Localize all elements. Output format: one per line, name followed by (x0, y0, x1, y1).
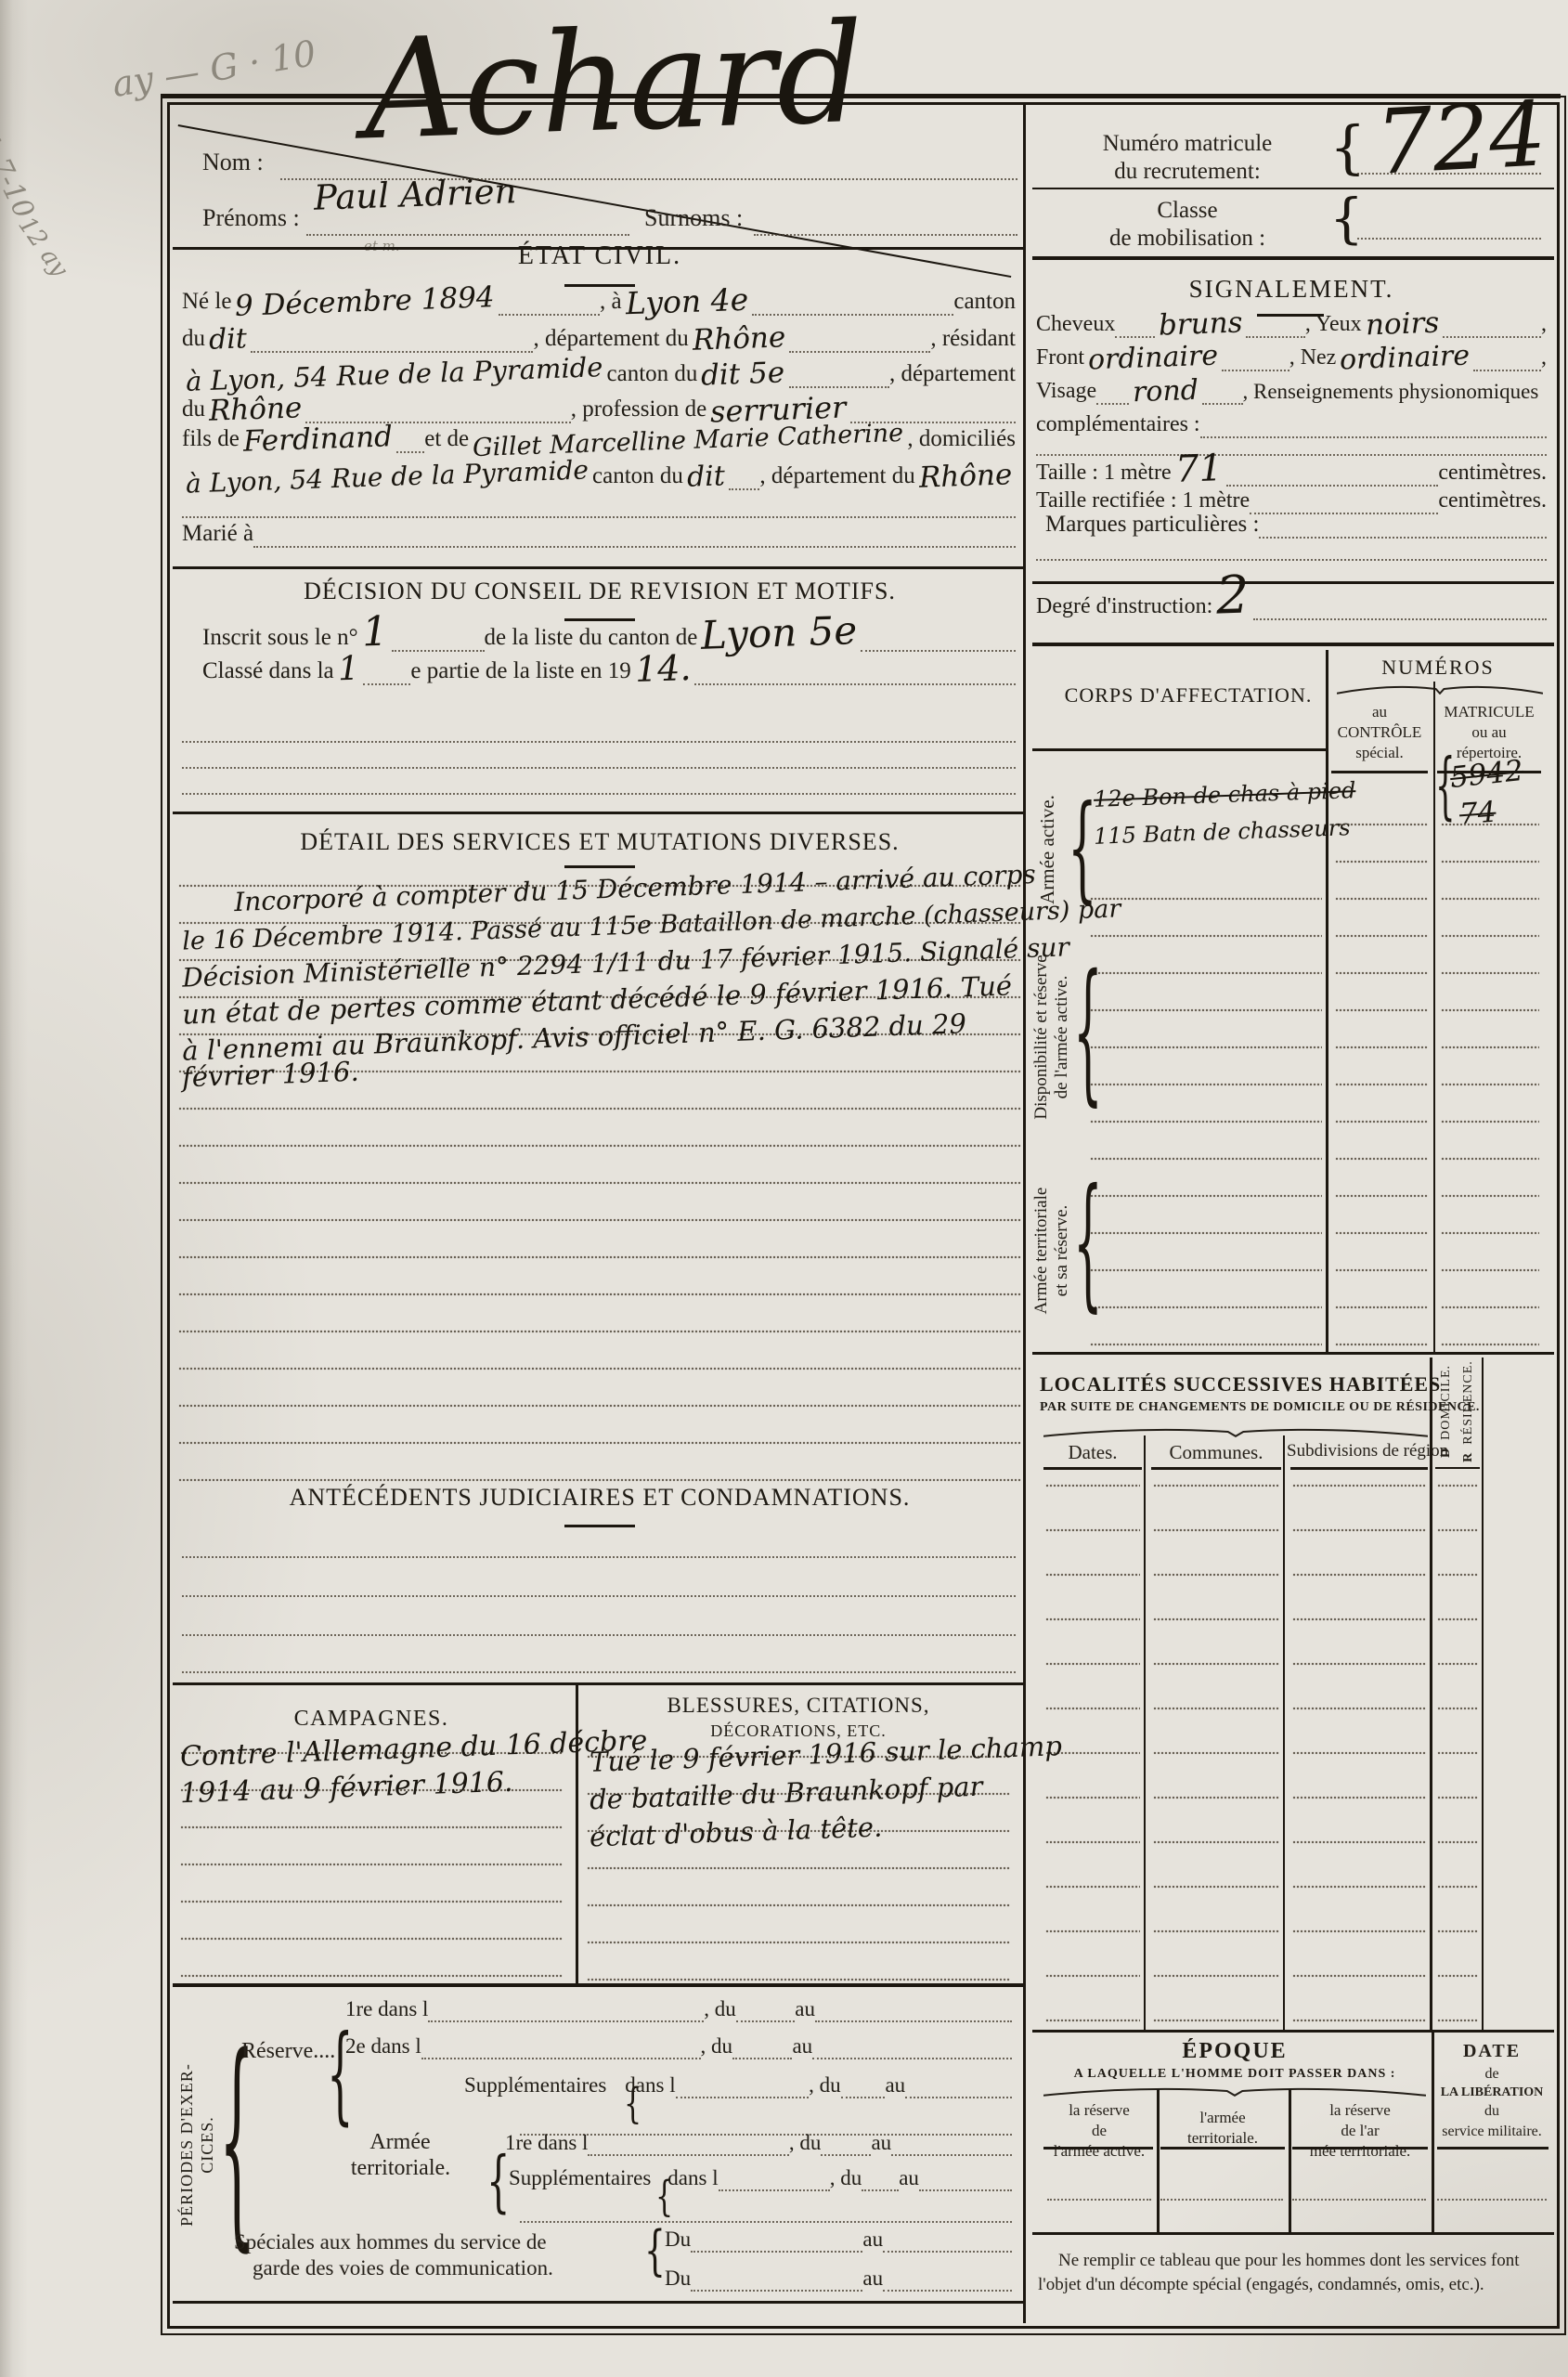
rule (1259, 537, 1547, 539)
epoque-col-2-header: l'armée territoriale. (1159, 2108, 1287, 2149)
epoque-col2-line1: l'armée (1159, 2108, 1287, 2128)
disponibilite-line-2: de l'armée active. (1052, 930, 1072, 1144)
table-divider (1283, 1435, 1285, 2030)
au-label: au (899, 2166, 919, 2191)
residence-side-label: R RÉSIDENCE. (1461, 1346, 1476, 1476)
corps-affectation-header: CORPS D'AFFECTATION. (1058, 683, 1318, 708)
territoriale-word: territoriale. (351, 2156, 450, 2180)
decision-row-2: Classé dans la 1 e partie de la liste en… (202, 654, 1016, 685)
pencil-note-margin: FA-7-10 (0, 111, 40, 224)
domicile-side-label: D DOMICILE. (1439, 1346, 1454, 1476)
d-initial: D (1439, 1448, 1454, 1458)
territoriale-line-2: et sa réserve. (1052, 1144, 1072, 1357)
premiere-dans-label: 1re dans l (505, 2131, 588, 2156)
du-label: du (182, 326, 205, 353)
canton-value-2: dit 5e (697, 359, 789, 390)
blessures-title-1: BLESSURES, CITATIONS, (585, 1694, 1012, 1718)
section-rule (173, 1682, 1023, 1685)
supplementaires-brace: { (624, 2085, 641, 2126)
canton-value-3: dit (682, 463, 729, 491)
armee-territoriale-label: Armée territoriale et sa réserve. (1031, 1144, 1072, 1357)
front-label: Front (1036, 345, 1084, 371)
numeros-over-brace (1337, 683, 1543, 695)
section-rule (1032, 643, 1554, 646)
rule (1036, 454, 1547, 456)
territoriale-brace: { (486, 2149, 510, 2215)
periodes-side-line-2: CICES. (198, 2033, 218, 2256)
rule (182, 1595, 1016, 1597)
reserve-period-row-1: 1re dans l , du au (345, 1994, 1012, 2022)
classe-dans-label: Classé dans la (202, 658, 334, 685)
epoque-note-line-2: l'objet d'un décompte spécial (engagés, … (1038, 2275, 1484, 2295)
matricule-label-line2: du recrutement: (1043, 158, 1331, 186)
rule (182, 793, 1016, 795)
nom-value: Achard (362, 8, 866, 156)
visage-label: Visage (1036, 379, 1096, 405)
premiere-dans-label: 1re dans l (345, 1997, 428, 2022)
birth-date-value: 9 Décembre 1894 (231, 284, 499, 320)
rule (736, 2020, 796, 2022)
signalement-title: SIGNALEMENT. (1032, 275, 1550, 304)
rule (821, 2154, 871, 2156)
rule (905, 2097, 1012, 2098)
au-label: au (862, 2228, 883, 2253)
reserve-period-row-2: 2e dans l , du au (345, 2032, 1012, 2059)
epoque-col-1-header: la réserve de l'armée active. (1043, 2100, 1155, 2162)
departement-label-3: , département du (759, 463, 914, 490)
reserve-supplementaires-row: Supplémentaires dans l , du au (464, 2071, 1012, 2098)
rule (1032, 188, 1554, 189)
du-label: , du (830, 2166, 862, 2191)
canton-value: dit (205, 326, 252, 354)
cheveux-label: Cheveux (1036, 312, 1115, 338)
du-label: , du (701, 2034, 733, 2059)
ruled-area (1335, 789, 1428, 1346)
classe-label-line1: Classe (1043, 197, 1331, 225)
antecedents-title: ANTÉCÉDENTS JUDICIAIRES ET CONDAMNATIONS… (176, 1484, 1023, 1512)
controle-line-3: spécial. (1331, 743, 1428, 763)
matricule-number-1: 5942 (1449, 758, 1525, 793)
header-rule (1331, 771, 1428, 773)
matricule-line-2: ou au (1437, 722, 1541, 743)
au-label: au (871, 2131, 891, 2156)
supplementaires-brace-2: { (655, 2177, 673, 2219)
rule (1437, 2199, 1547, 2201)
epoque-col2-line2: territoriale. (1159, 2128, 1287, 2149)
visage-value: rond (1129, 377, 1203, 406)
rule (363, 683, 411, 685)
date-line-3: LA LIBÉRATION (1435, 2085, 1549, 2102)
rule (729, 488, 760, 490)
header-rule (1032, 748, 1326, 751)
rule (752, 314, 954, 316)
cheveux-value: bruns (1154, 309, 1246, 340)
departement-label: , département du (533, 326, 688, 353)
dans-label: dans l (667, 2166, 718, 2191)
signalement-row-front: Front ordinaire , Nez ordinaire , (1036, 342, 1547, 371)
disponibilite-reserve-label: Disponibilité et réserve de l'armée acti… (1031, 930, 1072, 1144)
section-rule (173, 1983, 1023, 1987)
rule (789, 351, 930, 353)
au-label: au (792, 2034, 812, 2059)
corps-entry-row-2: 115 Batn de chasseurs (1090, 815, 1320, 843)
rule (891, 2154, 1012, 2156)
group-brace: { (1073, 955, 1103, 1109)
epoque-note-line-1: Ne remplir ce tableau que pour les homme… (1058, 2251, 1520, 2271)
father-name-value: Ferdinand (239, 423, 396, 456)
surnoms-label: Surnoms : (644, 204, 743, 232)
rule (732, 2058, 792, 2059)
et-de-label: et de (424, 426, 469, 453)
epoque-col1-line3: l'armée active. (1043, 2141, 1155, 2162)
rule (421, 2058, 701, 2059)
title-underline (564, 865, 635, 868)
supplementaires-label: Supplémentaires (509, 2166, 651, 2191)
epoque-col3-line3: mée territoriale. (1290, 2141, 1430, 2162)
rule (919, 2189, 1012, 2191)
etat-civil-title: ÉTAT CIVIL. (176, 241, 1023, 271)
header-rule (1290, 1467, 1428, 1470)
a-label: , à (600, 289, 622, 316)
subdivisions-column-header: Subdivisions de région (1287, 1441, 1428, 1461)
table-divider (1144, 1435, 1146, 2030)
table-divider (1157, 2089, 1160, 2234)
localites-subtitle: PAR SUITE DE CHANGEMENTS DE DOMICILE OU … (1040, 1400, 1439, 1415)
speciales-brace: { (644, 2226, 666, 2280)
date-line-2: de (1435, 2064, 1549, 2085)
header-rule (1043, 2147, 1153, 2150)
marie-a-label: Marié à (182, 521, 253, 548)
rule (182, 1671, 1016, 1673)
table-divider (1289, 2089, 1291, 2234)
rule (676, 2097, 810, 2098)
rule (253, 546, 1016, 548)
degre-instruction-row: Degré d'instruction: 2 (1036, 585, 1547, 620)
rule (182, 767, 1016, 769)
classe-label: Classe de mobilisation : (1043, 197, 1331, 253)
supplementaires-label: Supplémentaires (464, 2073, 606, 2098)
section-rule (1032, 2030, 1554, 2033)
r-initial: R (1461, 1452, 1476, 1462)
territoriale-group-label: territoriale. (319, 2156, 482, 2181)
rule (499, 314, 600, 316)
departement-value-2: Rhône (205, 395, 306, 425)
ruled-area (1437, 1484, 1478, 2028)
partie-liste-label: e partie de la liste en 19 (410, 658, 630, 685)
rule (1096, 403, 1129, 405)
decision-title: DÉCISION DU CONSEIL DE REVISION ET MOTIF… (176, 578, 1023, 605)
section-rule (173, 566, 1023, 569)
rule (841, 2097, 886, 2098)
armee-active-label: Armée active. (1033, 775, 1061, 924)
rule (588, 2154, 788, 2156)
rule (812, 2058, 1012, 2059)
signalement-row-complementaires: complémentaires : (1036, 409, 1547, 438)
decision-row-1: Inscrit sous le n° 1 de la liste du cant… (202, 620, 1016, 652)
matricule-line-1: MATRICULE (1437, 702, 1541, 722)
departement-label-2: , département (889, 361, 1016, 388)
rule (1222, 370, 1289, 371)
epoque-subtitle: A LAQUELLE L'HOMME DOIT PASSER DANS : (1043, 2067, 1426, 2082)
du-label: , du (809, 2073, 841, 2098)
periodes-side-line-1: PÉRIODES D'EXER- (177, 2033, 198, 2256)
epoque-col1-line1: la réserve (1043, 2100, 1155, 2121)
du-label: , du (704, 1997, 736, 2022)
front-value: ordinaire (1084, 343, 1223, 374)
taille-value: 71 (1171, 450, 1226, 487)
speciales-label-line-2: garde des voies de communication. (253, 2256, 553, 2280)
yeux-label: , Yeux (1305, 312, 1362, 338)
header-rule (1435, 1467, 1480, 1469)
rule (1473, 370, 1541, 371)
column-divider (1023, 102, 1026, 2323)
ruled-area (1090, 864, 1322, 1346)
corps-entry-row-1: 12e Bon de chas à pied (1090, 778, 1320, 806)
header-rule (1043, 1467, 1142, 1470)
au-label: au (862, 2267, 883, 2292)
rule (520, 2221, 1012, 2223)
complementaires-label: complémentaires : (1036, 412, 1200, 438)
header-rule (1160, 2147, 1285, 2150)
signalement-row-visage: Visage rond , Renseignements physionomiq… (1036, 375, 1547, 405)
rule (862, 2189, 899, 2191)
rule (1115, 336, 1154, 338)
degre-instruction-value: 2 (1212, 570, 1253, 621)
date-line-1: DATE (1435, 2039, 1549, 2064)
epoque-col1-line2: de (1043, 2121, 1155, 2141)
inscrit-numero-value: 1 (357, 613, 392, 653)
ruled-area (1153, 1484, 1279, 2028)
fils-de-label: fils de (182, 426, 240, 453)
campagnes-title: CAMPAGNES. (186, 1707, 557, 1732)
territoriale-period-row-1: 1re dans l , du au (505, 2128, 1012, 2156)
du-label-2: du (182, 396, 205, 423)
signalement-row-cheveux: Cheveux bruns , Yeux noirs , (1036, 308, 1547, 338)
du-label: , du (789, 2131, 822, 2156)
rule (1246, 336, 1305, 338)
section-rule (1032, 256, 1554, 260)
au-label: au (795, 1997, 815, 2022)
centimetres-label: centimètres. (1438, 461, 1547, 487)
liberation-date-header: DATE de LA LIBÉRATION du service militai… (1435, 2039, 1549, 2142)
epoque-col3-line1: la réserve (1290, 2100, 1430, 2121)
au-label: au (885, 2073, 905, 2098)
etat-civil-row-1: Né le 9 Décembre 1894 , à Lyon 4e canton (182, 286, 1016, 316)
canton-liste-value: Lyon 5e (697, 612, 862, 655)
taille-label: Taille : 1 mètre (1036, 461, 1172, 487)
signalement-row-taille: Taille : 1 mètre 71 centimètres. (1036, 457, 1547, 487)
rule (1160, 2199, 1283, 2201)
etat-civil-row-marie: Marié à (182, 518, 1016, 548)
nez-value: ordinaire (1336, 343, 1474, 374)
rule (691, 2251, 862, 2253)
table-divider (1326, 650, 1328, 1352)
territoriale-line-1: Armée territoriale (1031, 1144, 1052, 1357)
rule (428, 2020, 704, 2022)
services-title: DÉTAIL DES SERVICES ET MUTATIONS DIVERSE… (176, 828, 1023, 856)
matricule-value: 724 (1374, 92, 1549, 186)
pencil-note-margin-2: 12 ay (12, 212, 73, 282)
garde-voies-row-2: Du au (665, 2264, 1012, 2292)
header-rule (1151, 1467, 1281, 1470)
epoque-title: ÉPOQUE (1043, 2039, 1426, 2064)
etat-civil-row-3: à Lyon, 54 Rue de la Pyramide canton du … (182, 358, 1016, 388)
rule (754, 234, 1017, 236)
controle-line-2: CONTRÔLE (1331, 722, 1428, 743)
matricule-label: Numéro matricule du recrutement: (1043, 130, 1331, 186)
numeros-header: NUMÉROS (1331, 656, 1545, 680)
rule (392, 650, 485, 652)
du-label: Du (665, 2267, 691, 2292)
group-brace: { (1073, 1171, 1103, 1315)
rule (182, 741, 1016, 743)
residant-label: , résidant (930, 326, 1016, 353)
rule (1292, 2199, 1426, 2201)
deuxieme-dans-label: 2e dans l (345, 2034, 421, 2059)
date-line-5: service militaire. (1435, 2122, 1549, 2142)
table-divider (1482, 1357, 1484, 2030)
rule (883, 2290, 1012, 2292)
header-rule (1437, 2147, 1549, 2150)
table-divider (1430, 1357, 1432, 2030)
territoriale-supplementaires-row: Supplémentaires dans l , du au (509, 2163, 1012, 2191)
rule (1202, 403, 1243, 405)
ruled-area (1441, 789, 1539, 1346)
section-rule (173, 812, 1023, 814)
birth-place-value: Lyon 4e (621, 284, 752, 318)
rule (251, 351, 534, 353)
ruled-area (1292, 1484, 1426, 2028)
header-rule (1292, 2147, 1428, 2150)
rule (883, 2251, 1012, 2253)
canton-du-label: canton du (607, 361, 698, 388)
rule (182, 1556, 1016, 1558)
rule (396, 451, 424, 453)
disponibilite-line-1: Disponibilité et réserve (1031, 930, 1052, 1144)
nom-label: Nom : (202, 149, 264, 176)
armee-territoriale-group-label: Armée (330, 2130, 470, 2155)
inscrit-label: Inscrit sous le n° (202, 625, 358, 652)
table-divider (1432, 2032, 1434, 2234)
canton-label: canton (953, 289, 1016, 316)
residence-word: RÉSIDENCE. (1461, 1360, 1476, 1445)
localites-title: LOCALITÉS SUCCESSIVES HABITÉES (1040, 1372, 1439, 1396)
title-underline (564, 1525, 635, 1527)
periodes-side-label: PÉRIODES D'EXER- CICES. (177, 2033, 218, 2256)
etat-civil-row-2: du dit , département du Rhône , résidant (182, 323, 1016, 353)
dates-column-header: Dates. (1043, 1441, 1142, 1464)
comma: , (1541, 345, 1547, 371)
departement-value-3: Rhône (914, 461, 1016, 492)
registration-sheet: ay — G · 10 FA-7-10 12 ay Nom : Achard P… (0, 0, 1568, 2377)
rule (1036, 559, 1547, 561)
rule (182, 1634, 1016, 1636)
services-line-6: février 1916. (182, 1059, 360, 1091)
controle-line-1: au (1331, 702, 1428, 722)
etat-civil-row-6: à Lyon, 54 Rue de la Pyramide canton du … (182, 461, 1016, 490)
epoque-col3-line2: de l'ar (1290, 2121, 1430, 2141)
yeux-value: noirs (1361, 309, 1443, 339)
rule (1253, 618, 1547, 620)
rule (1200, 436, 1547, 438)
rule (815, 2020, 1012, 2022)
garde-voies-row-1: Du au (665, 2225, 1012, 2253)
matricule-brace: { (1329, 119, 1366, 176)
rule (694, 683, 1016, 685)
epoque-over-brace (1043, 2085, 1426, 2097)
rule (789, 386, 889, 388)
degre-instruction-label: Degré d'instruction: (1036, 594, 1212, 620)
rule (306, 234, 629, 236)
epoque-col-3-header: la réserve de l'ar mée territoriale. (1290, 2100, 1430, 2162)
section-rule (1032, 2232, 1554, 2235)
matricule-label-line1: Numéro matricule (1043, 130, 1331, 158)
armee-word: Armée (369, 2130, 430, 2154)
signalement-row-marques: Marques particulières : (1045, 509, 1547, 539)
etat-civil-row-5: fils de Ferdinand et de Gillet Marcellin… (182, 423, 1016, 453)
rule (1047, 2199, 1151, 2201)
rule (1443, 336, 1541, 338)
controle-special-header: au CONTRÔLE spécial. (1331, 702, 1428, 763)
departement-value: Rhône (688, 324, 789, 355)
rule (1357, 238, 1541, 240)
canton-du-label-2: canton du (592, 463, 683, 490)
annee-value: 14. (630, 651, 695, 686)
rule (691, 2290, 862, 2292)
rule (719, 2189, 830, 2191)
nez-label: , Nez (1289, 345, 1337, 371)
prenoms-value: Paul Adrien (313, 175, 516, 214)
date-line-4: du (1435, 2101, 1549, 2122)
section-rule (173, 2301, 1023, 2304)
marques-label: Marques particulières : (1045, 512, 1259, 539)
rule (861, 650, 1016, 652)
profession-label: , profession de (571, 396, 707, 423)
section-rule (1032, 581, 1554, 584)
reserve-label: Réserve.... (241, 2039, 335, 2064)
prenoms-label: Prénoms : (202, 204, 300, 232)
localites-over-brace (1043, 1426, 1428, 1437)
domicile-word: DOMICILE. (1439, 1365, 1454, 1440)
du-label: Du (665, 2228, 691, 2253)
speciales-label-line-1: Spéciales aux hommes du service de (234, 2230, 547, 2254)
renseignements-label: , Renseignements physionomiques (1243, 380, 1539, 405)
domicilies-label: , domiciliés (907, 426, 1016, 453)
comma: , (1541, 312, 1547, 338)
partie-value: 1 (333, 653, 363, 685)
ne-le-label: Né le (182, 289, 231, 316)
communes-column-header: Communes. (1151, 1441, 1281, 1464)
classe-label-line2: de mobilisation : (1043, 225, 1331, 253)
armee-active-text: Armée active. (1036, 775, 1059, 924)
